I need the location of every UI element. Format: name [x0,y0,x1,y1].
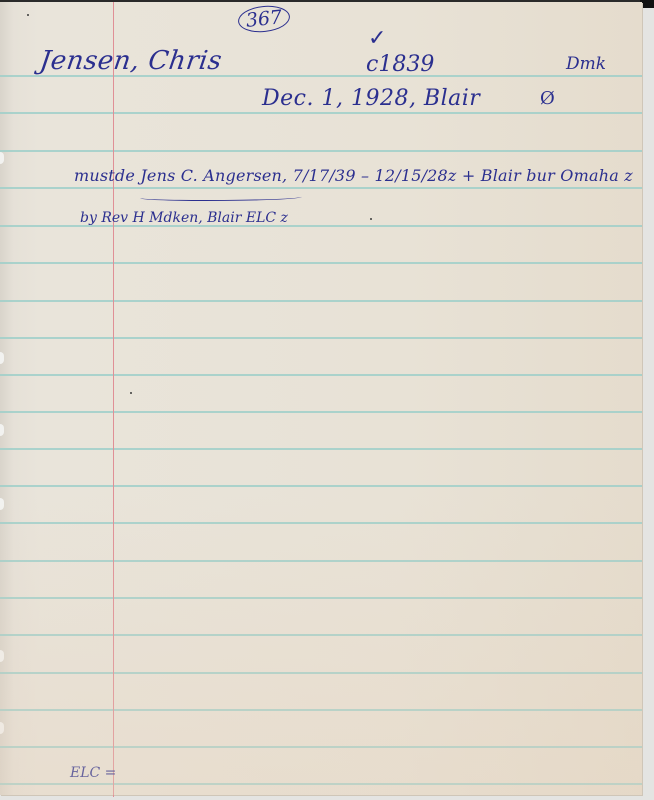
scan-corner-shadow [640,0,654,8]
rule-line [0,112,642,114]
person-name: Jensen, Chris [38,46,224,76]
rule-line [0,709,642,711]
punch-hole [0,424,4,436]
rule-line [0,560,642,562]
record-number-circled: 367 [237,3,291,34]
punch-hole [0,650,4,662]
ink-speck [130,392,132,394]
punch-hole [0,722,4,734]
rule-line [0,337,642,339]
ink-speck [27,14,29,16]
birth-year: c1839 [366,52,434,77]
rule-line [0,597,642,599]
rule-line [0,411,642,413]
punch-hole [0,498,4,510]
rule-line [0,634,642,636]
rule-line [0,672,642,674]
rule-line [0,522,642,524]
rule-line [0,746,642,748]
rule-line [0,262,642,264]
note-line-1: mustde Jens C. Angersen, 7/17/39 – 12/15… [74,166,633,185]
scribble-mark-icon: Ø [540,88,555,109]
name-underline [140,194,302,201]
rule-line [0,150,642,152]
punch-hole [0,352,4,364]
death-date-place: Dec. 1, 1928, Blair [262,86,480,111]
note-line-2: by Rev H Mdken, Blair ELC z [80,210,288,226]
rule-line [0,374,642,376]
rule-line [0,187,642,189]
check-mark-icon: ✓ [368,26,386,51]
rule-line [0,448,642,450]
rule-line [0,783,642,785]
footer-code: ELC = [70,765,116,781]
red-margin-line [113,2,114,797]
rule-line [0,300,642,302]
rule-line [0,485,642,487]
lined-paper-sheet: 367 Jensen, Chris ✓ c1839 Dmk Dec. 1, 19… [0,2,642,795]
punch-hole [0,152,4,164]
ink-speck [370,218,372,220]
origin-code: Dmk [566,54,606,74]
